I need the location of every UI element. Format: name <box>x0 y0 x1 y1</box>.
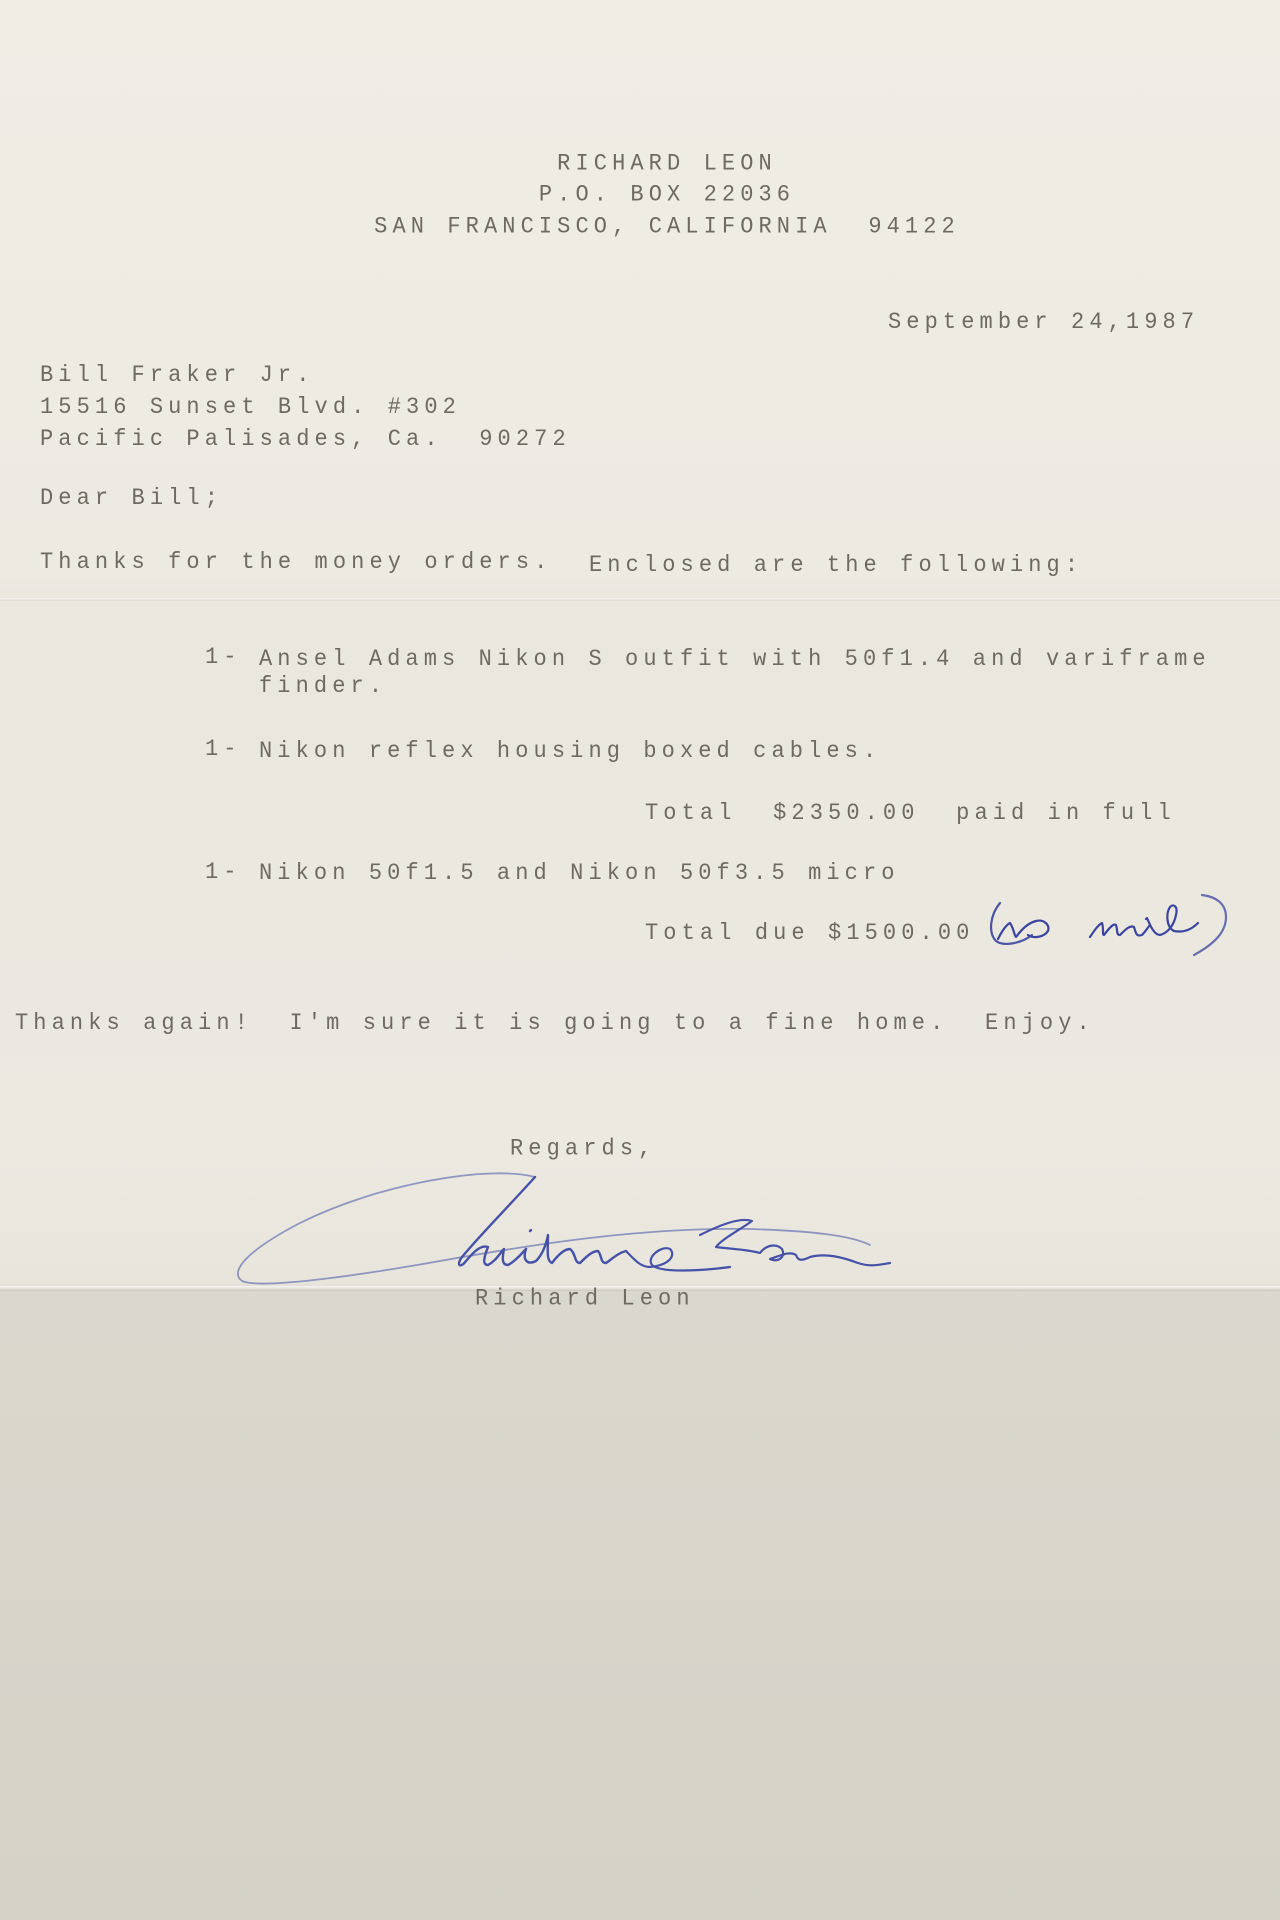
item-1-line1: Ansel Adams Nikon S outfit with 50f1.4 a… <box>259 645 1211 674</box>
total-paid: Total $2350.00 paid in full <box>645 799 1176 828</box>
item-1-line2: finder. <box>259 672 387 701</box>
regards: Regards, <box>510 1134 656 1163</box>
recipient-street: 15516 Sunset Blvd. #302 <box>40 393 461 422</box>
handwritten-note-in-mail: (in mail) <box>970 885 1240 995</box>
salutation: Dear Bill; <box>40 484 223 513</box>
recipient-name: Bill Fraker Jr. <box>40 361 315 390</box>
closing-line: Thanks again! I'm sure it is going to a … <box>15 1009 1095 1038</box>
recipient-city: Pacific Palisades, Ca. 90272 <box>40 425 571 454</box>
signature <box>230 1165 970 1290</box>
letterhead-po-box: P.O. BOX 22036 <box>0 180 1280 209</box>
signature-name-typed: Richard Leon <box>475 1284 695 1313</box>
item-3-line1: Nikon 50f1.5 and Nikon 50f3.5 micro <box>259 859 900 888</box>
item-2-line1: Nikon reflex housing boxed cables. <box>259 737 881 766</box>
paper-lower-panel <box>0 1290 1280 1920</box>
paper-fold-upper <box>0 598 1280 601</box>
intro-enclosed: Enclosed are the following: <box>589 551 1083 580</box>
item-2-qty: 1- <box>205 735 242 764</box>
letterhead-city: SAN FRANCISCO, CALIFORNIA 94122 <box>0 212 1280 241</box>
intro-thanks: Thanks for the money orders. <box>40 548 552 577</box>
total-due: Total due $1500.00 <box>645 919 974 948</box>
letterhead-name: RICHARD LEON <box>0 149 1280 178</box>
item-3-qty: 1- <box>205 858 242 887</box>
item-1-qty: 1- <box>205 643 242 672</box>
letter-date: September 24,1987 <box>888 308 1199 337</box>
